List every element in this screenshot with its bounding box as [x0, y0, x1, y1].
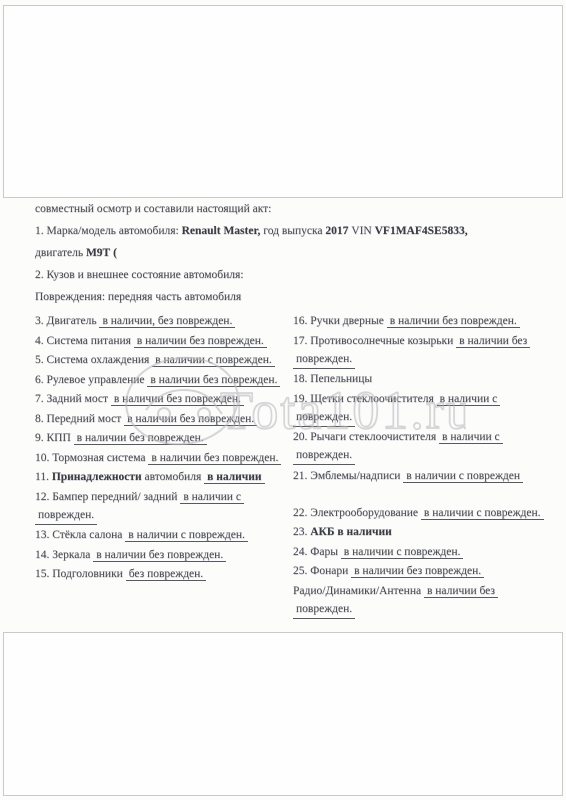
item-label: Двигатель — [47, 315, 97, 327]
item-number: 4. — [35, 335, 44, 347]
item-number: 13. — [35, 529, 49, 541]
act-body: совместный осмотр и составили настоящий … — [35, 201, 551, 700]
item-label: Задний мост — [47, 393, 109, 405]
engine-line: двигатель М9Т ( — [35, 245, 551, 262]
item-value: в наличии, без поврежден. — [99, 315, 235, 328]
item-label: Рычаги стеклоочистителя — [310, 431, 436, 443]
item-24-headlights: 24. Фары в наличии с поврежден. — [293, 544, 551, 561]
item-value-wrap: поврежден. — [293, 601, 355, 619]
item-value: в наличии без — [424, 585, 498, 598]
item-radio-speakers-antenna: Радио/Динамики/Антенна в наличии безповр… — [293, 583, 551, 619]
item-number: 18. — [293, 373, 307, 385]
item-value: в наличии с поврежден. — [421, 507, 544, 520]
item-number: 11. — [35, 471, 49, 483]
item-label: Ручки дверные — [310, 315, 384, 327]
item-17-sun-visors: 17. Противосолнечные козырьки в наличии … — [293, 333, 551, 369]
item-number: 16. — [293, 315, 307, 327]
item-value: в наличии без — [456, 335, 530, 348]
item-number: 21. — [293, 470, 307, 482]
item-label-bold: АКБ в наличии — [310, 526, 392, 538]
item-number: 9. — [35, 432, 44, 444]
item-label: Передний мост — [47, 413, 122, 425]
item-value-wrap: поврежден. — [35, 507, 97, 525]
item-16-door-handles: 16. Ручки дверные в наличии без поврежде… — [293, 313, 551, 330]
item-5-cooling-system: 5. Система охлаждения в наличии с повреж… — [35, 352, 293, 369]
item-number: 24. — [293, 546, 307, 558]
item-value: в наличии без поврежден. — [351, 565, 484, 578]
scanned-inspection-act-page: совместный осмотр и составили настоящий … — [0, 0, 566, 800]
item-value: в наличии с — [437, 393, 501, 406]
item-19-wiper-blades: 19. Щетки стеклоочистителя в наличии спо… — [293, 391, 551, 427]
item-21-emblems: 21. Эмблемы/надписи в наличии с поврежде… — [293, 468, 551, 485]
item-label: Щетки стеклоочистителя — [310, 393, 434, 405]
item-value: в наличии без поврежден. — [134, 335, 267, 348]
item-number: 15. — [35, 568, 49, 580]
item-3-engine: 3. Двигатель в наличии, без поврежден. — [35, 313, 293, 330]
item-label: Тормозная система — [52, 452, 145, 464]
checklist-columns: 3. Двигатель в наличии, без поврежден. 4… — [35, 313, 551, 621]
item-value: в наличии без поврежден. — [93, 549, 226, 562]
make-label: 1. Марка/модель автомобиля: — [35, 225, 179, 237]
item-25-lamps: 25. Фонари в наличии без поврежден. — [293, 563, 551, 580]
item-number: 23. — [293, 526, 307, 538]
vin-value: VF1MAF4SE5833 — [375, 225, 465, 237]
item-label: Бампер передний/ задний — [52, 491, 177, 503]
item-7-rear-axle: 7. Задний мост в наличии без поврежден. — [35, 391, 293, 408]
item-label: Радио/Динамики/Антенна — [293, 585, 421, 597]
item-value: в наличии с — [180, 491, 244, 504]
blank-bottom-region — [3, 632, 563, 796]
checklist-left-column: 3. Двигатель в наличии, без поврежден. 4… — [35, 313, 293, 621]
item-10-brakes: 10. Тормозная система в наличии без повр… — [35, 450, 293, 467]
item-label: Фары — [310, 546, 338, 558]
item-number: 25. — [293, 565, 307, 577]
vin-label: VIN — [351, 225, 371, 237]
blank-top-region — [3, 5, 563, 198]
item-value-bold: в наличии — [204, 471, 264, 484]
item-label: Система охлаждения — [47, 354, 150, 366]
item-number: 5. — [35, 354, 44, 366]
item-value: в наличии без поврежден. — [111, 393, 244, 406]
vin-comma: , — [465, 225, 468, 237]
item-label: Эмблемы/надписи — [310, 470, 400, 482]
item-label: КПП — [47, 432, 71, 444]
item-label: Противосолнечные козырьки — [310, 335, 453, 347]
item-label: Зеркала — [52, 549, 90, 561]
item-number: 17. — [293, 335, 307, 347]
item-13-cabin-glass: 13. Стёкла салона в наличии с поврежден. — [35, 527, 293, 544]
year-label: год выпуска — [263, 225, 322, 237]
item-value: в наличии без поврежден. — [147, 374, 280, 387]
item-18-ashtrays: 18. Пепельницы — [293, 371, 551, 388]
item-14-mirrors: 14. Зеркала в наличии без поврежден. — [35, 547, 293, 564]
vehicle-year: 2017 — [325, 225, 348, 237]
item-value: без поврежден. — [126, 568, 206, 581]
item-value: в наличии с поврежден. — [152, 354, 275, 367]
item-4-fuel-system: 4. Система питания в наличии без поврежд… — [35, 333, 293, 350]
item-value: в наличии без поврежден. — [148, 452, 281, 465]
item-value: в наличии без поврежден. — [74, 432, 207, 445]
item-value-wrap: поврежден. — [293, 409, 355, 427]
engine-code: М9Т ( — [86, 247, 117, 259]
engine-label: двигатель — [35, 247, 83, 259]
item-number: 22. — [293, 507, 307, 519]
item-value: в наличии с — [439, 431, 503, 444]
vehicle-brand: Renault Master, — [182, 225, 261, 237]
act-intro-line: совместный осмотр и составили настоящий … — [35, 201, 551, 218]
vehicle-make-line: 1. Марка/модель автомобиля: Renault Mast… — [35, 223, 551, 240]
item-label: автомобиля — [145, 471, 202, 483]
item-20-wiper-arms: 20. Рычаги стеклоочистителя в наличии сп… — [293, 429, 551, 465]
item-23-battery: 23. АКБ в наличии — [293, 524, 551, 541]
item-9-gearbox: 9. КПП в наличии без поврежден. — [35, 430, 293, 447]
item-11-accessories: 11. Принадлежности автомобиля в наличии — [35, 469, 293, 486]
body-condition-line: 2. Кузов и внешнее состояние автомобиля: — [35, 267, 551, 284]
item-label: Пепельницы — [310, 373, 372, 385]
item-label-bold: Принадлежности — [52, 471, 142, 483]
item-number: 8. — [35, 413, 44, 425]
item-6-steering: 6. Рулевое управление в наличии без повр… — [35, 372, 293, 389]
item-15-headrests: 15. Подголовники без поврежден. — [35, 566, 293, 583]
item-value: в наличии без поврежден. — [387, 315, 520, 328]
item-label: Электрооборудование — [310, 507, 418, 519]
damage-line: Повреждения: передняя часть автомобиля — [35, 289, 551, 306]
item-number: 10. — [35, 452, 49, 464]
item-22-electrics: 22. Электрооборудование в наличии с повр… — [293, 505, 551, 522]
checklist-right-column: 16. Ручки дверные в наличии без поврежде… — [293, 313, 551, 621]
item-value: в наличии с поврежден. — [125, 529, 248, 542]
item-number: 14. — [35, 549, 49, 561]
item-number: 6. — [35, 374, 44, 386]
item-value-wrap: поврежден. — [293, 447, 355, 465]
item-label: Подголовники — [52, 568, 123, 580]
item-number: 12. — [35, 491, 49, 503]
item-value: в наличии без поврежден. — [124, 413, 257, 426]
item-number: 7. — [35, 393, 44, 405]
item-number: 19. — [293, 393, 307, 405]
item-label: Стёкла салона — [52, 529, 122, 541]
item-number: 3. — [35, 315, 44, 327]
item-value: в наличии с поврежден — [403, 470, 523, 483]
item-label: Система питания — [47, 335, 131, 347]
item-value: в наличии с поврежден. — [341, 546, 464, 559]
item-8-front-axle: 8. Передний мост в наличии без поврежден… — [35, 411, 293, 428]
item-label: Фонари — [310, 565, 348, 577]
item-label: Рулевое управление — [47, 374, 145, 386]
item-number: 20. — [293, 431, 307, 443]
item-value-wrap: поврежден. — [293, 351, 355, 369]
item-12-bumpers: 12. Бампер передний/ задний в наличии сп… — [35, 489, 293, 525]
